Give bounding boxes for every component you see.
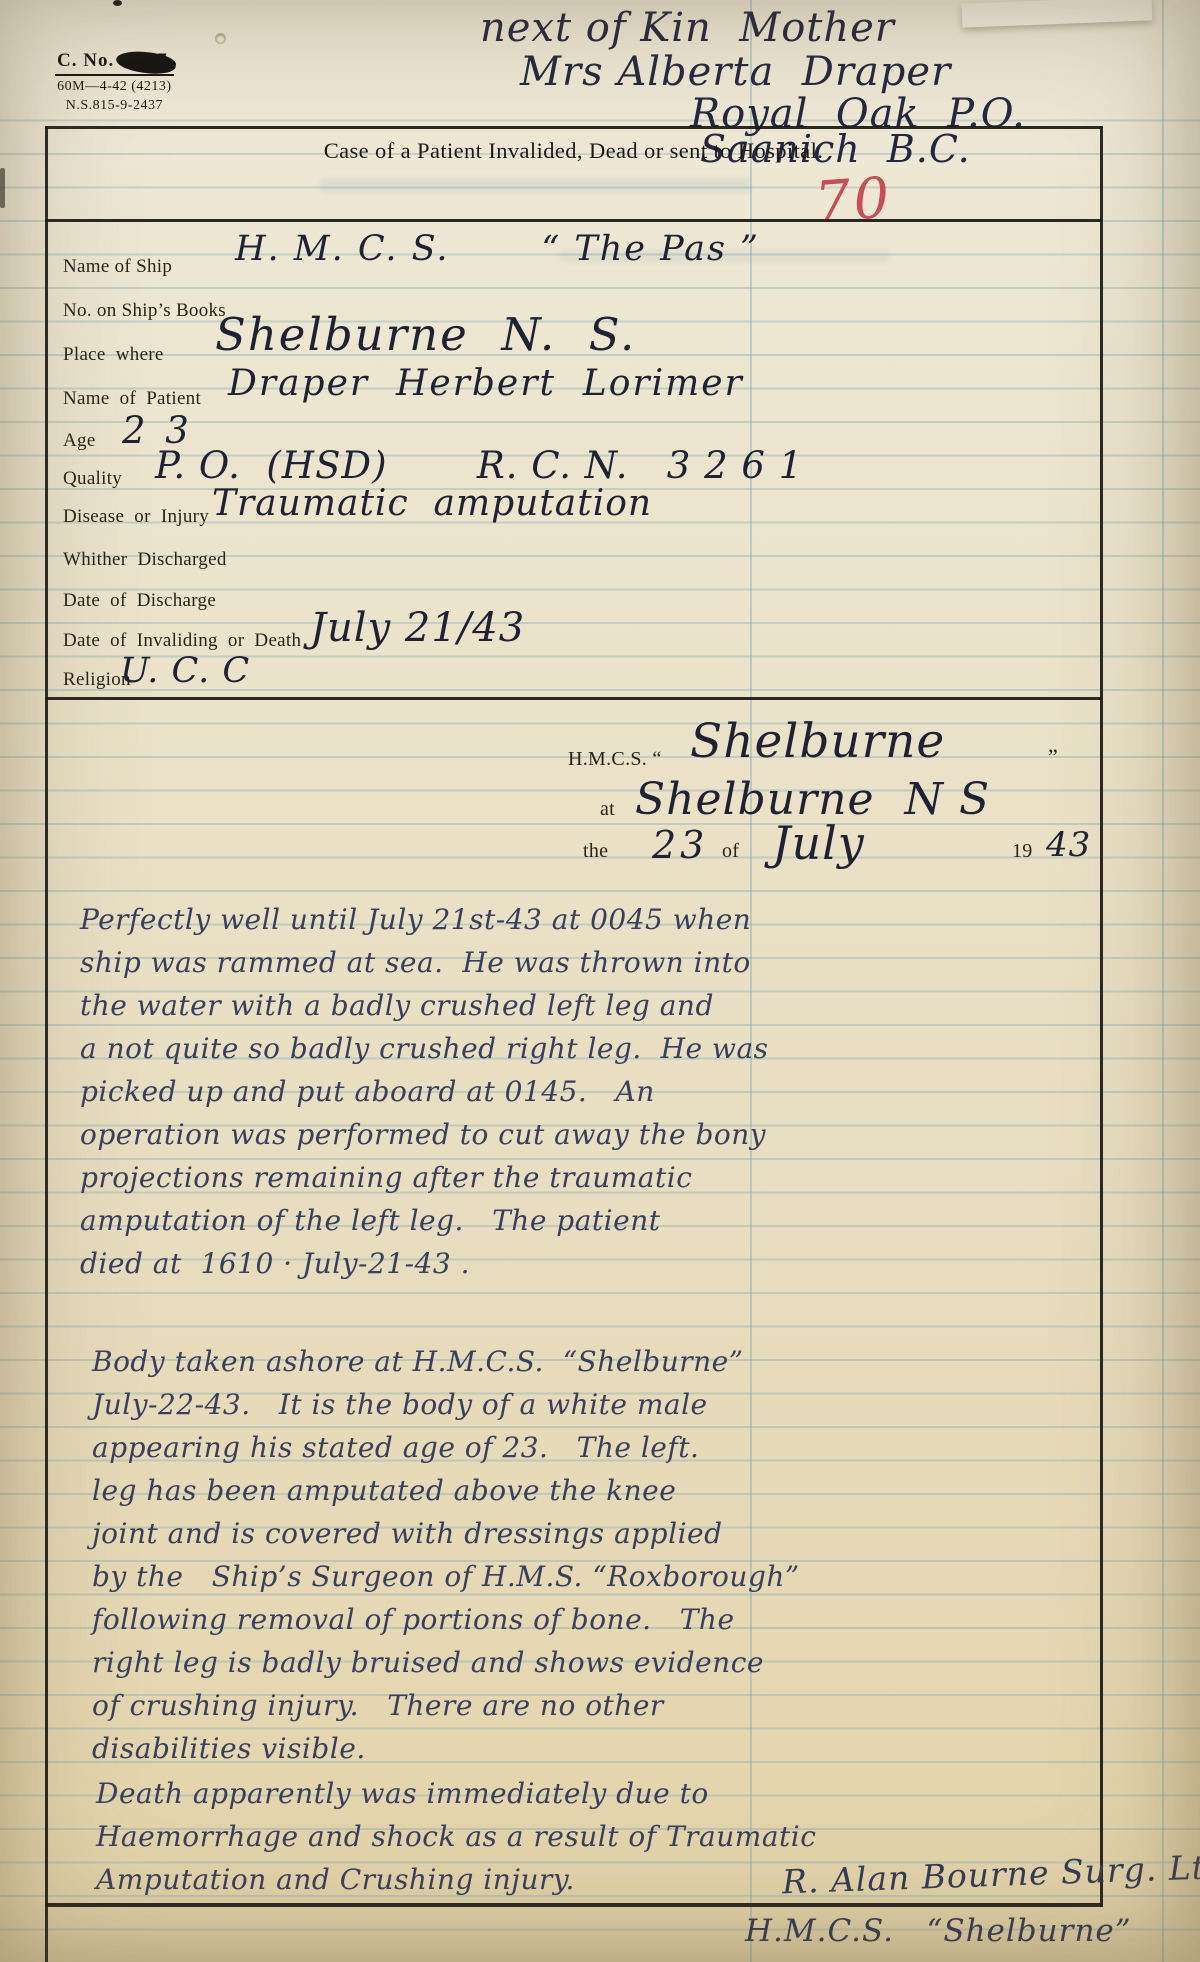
label-date-of-discharge: Date of Discharge — [63, 590, 216, 612]
the-printed-label: the — [583, 840, 608, 863]
of-printed-label: of — [722, 840, 739, 863]
paper-pit-decor — [216, 34, 225, 43]
speck-decor — [113, 0, 122, 6]
label-quality: Quality — [63, 468, 122, 490]
year-handwritten: 43 — [1046, 828, 1091, 862]
vertical-rule-right-margin — [1162, 0, 1164, 1962]
label-age: Age — [63, 430, 96, 452]
footer-ship-name: H.M.C.S. “Shelburne” — [745, 1916, 1132, 1947]
value-name-of-patient: Draper Herbert Lorimer — [228, 366, 744, 402]
label-name-of-patient: Name of Patient — [63, 388, 201, 410]
month-handwritten: July — [772, 820, 865, 866]
label-whither-discharged: Whither Discharged — [63, 549, 227, 571]
next-of-kin-line-1: next of Kin Mother — [480, 8, 895, 48]
day-handwritten: 23 — [652, 826, 708, 864]
page-curl-decor — [962, 0, 1153, 28]
value-place-where: Shelburne N. S. — [215, 312, 636, 357]
form-title: Case of a Patient Invalided, Dead or sen… — [45, 138, 1102, 164]
form-border-top — [45, 126, 1102, 129]
section-divider — [45, 697, 1102, 700]
label-no-on-ships-books: No. on Ship’s Books — [63, 300, 226, 322]
title-divider — [45, 219, 1102, 222]
edge-nick-decor — [0, 168, 5, 208]
hmcs-printed-label: H.M.C.S. “ — [568, 748, 662, 771]
form-file-code: N.S.815-9-2437 — [55, 98, 174, 114]
at-printed-label: at — [600, 798, 615, 821]
narrative-paragraph-1: Perfectly well until July 21st-43 at 004… — [80, 898, 1000, 1285]
value-disease-or-injury: Traumatic amputation — [212, 486, 652, 522]
label-date-of-invaliding-or-death: Date of Invaliding or Death — [63, 630, 301, 652]
label-place-where: Place where — [63, 344, 164, 366]
value-religion: U. C. C — [120, 654, 250, 689]
ship-name-handwritten: Shelburne — [690, 718, 945, 765]
value-name-of-ship: H. M. C. S. “ The Pas ” — [235, 232, 760, 267]
form-border-right — [1100, 126, 1103, 1907]
next-of-kin-line-2: Mrs Alberta Draper — [520, 52, 951, 92]
value-date-of-invaliding-or-death: July 21/43 — [310, 608, 525, 648]
label-disease-or-injury: Disease or Injury — [63, 506, 209, 528]
year-prefix-printed: 19 — [1012, 840, 1033, 863]
value-quality: P. O. (HSD) R. C. N. 3 2 6 1 — [155, 447, 803, 484]
page-number-red: 70 — [813, 165, 895, 235]
label-name-of-ship: Name of Ship — [63, 256, 172, 278]
document-page: C. No. 2437 60M—4-42 (4213) N.S.815-9-24… — [0, 0, 1200, 1962]
narrative-paragraph-2: Body taken ashore at H.M.C.S. “Shelburne… — [92, 1340, 1012, 1770]
form-border-bottom — [45, 1903, 1102, 1907]
form-border-left — [45, 126, 48, 1962]
ghost-stamp-text-decor — [320, 178, 750, 193]
hmcs-close-quote: ” — [1048, 744, 1058, 770]
form-print-code: 60M—4-42 (4213) — [55, 79, 174, 95]
